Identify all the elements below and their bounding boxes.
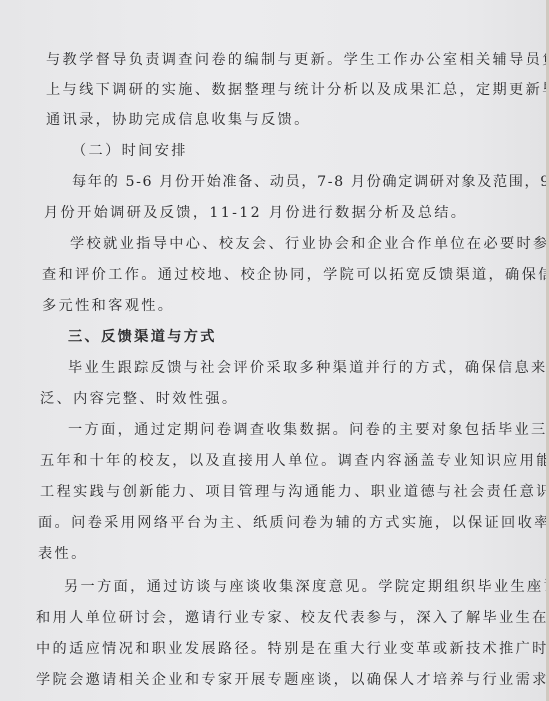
text-line: 多元性和客观性。 [42,296,549,316]
text-line: 工程实践与创新能力、项目管理与沟通能力、职业道德与社会责任意识等方 [40,482,549,502]
text-line: 每年的 5-6 月份开始准备、动员，7-8 月份确定调研对象及范围，9-10 [72,172,549,192]
text-line: 学校就业指导中心、校友会、行业协会和企业合作单位在必要时参与调 [70,234,549,254]
text-line: 与教学督导负责调查问卷的编制与更新。学生工作办公室相关辅导员负责线 [46,50,549,70]
text-line: 面。问卷采用网络平台为主、纸质问卷为辅的方式实施，以保证回收率和代 [38,513,549,533]
text-line: 查和评价工作。通过校地、校企协同，学院可以拓宽反馈渠道，确保信息的 [42,265,549,285]
text-line: 另一方面，通过访谈与座谈收集深度意见。学院定期组织毕业生座谈会 [64,577,549,597]
text-line: 学院会邀请相关企业和专家开展专题座谈，以确保人才培养与行业需求的对 [36,670,549,690]
text-line: 中的适应情况和职业发展路径。特别是在重大行业变革或新技术推广时期， [36,639,549,659]
text-line: 月份开始调研及反馈，11-12 月份进行数据分析及总结。 [44,203,549,223]
document-page: 与教学督导负责调查问卷的编制与更新。学生工作办公室相关辅导员负责线 上与线下调研… [0,0,546,701]
text-line: 五年和十年的校友，以及直接用人单位。调查内容涵盖专业知识应用能力、 [40,451,549,471]
text-line: 上与线下调研的实施、数据整理与统计分析以及成果汇总，定期更新毕业生 [46,80,549,100]
text-line: 和用人单位研讨会，邀请行业专家、校友代表参与，深入了解毕业生在工作 [36,608,549,628]
text-line: 毕业生跟踪反馈与社会评价采取多种渠道并行的方式，确保信息来源广 [68,358,549,378]
section-heading: 三、反馈渠道与方式 [68,327,549,347]
text-line: 一方面，通过定期问卷调查收集数据。问卷的主要对象包括毕业三年、 [68,420,549,440]
section-heading: （二）时间安排 [72,141,549,161]
text-line: 表性。 [38,544,549,564]
text-line: 通讯录，协助完成信息收集与反馈。 [46,110,549,130]
text-line: 泛、内容完整、时效性强。 [40,389,549,409]
